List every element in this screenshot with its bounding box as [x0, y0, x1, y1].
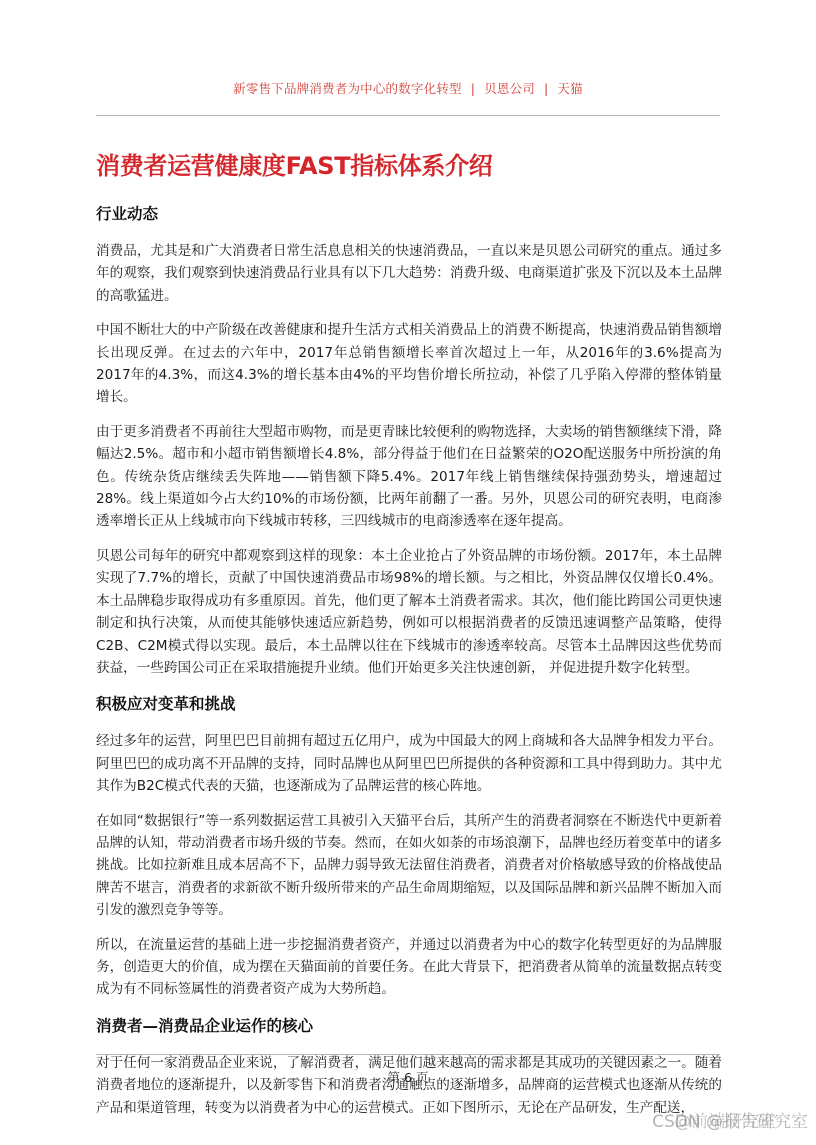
paragraph: 所以，在流量运营的基础上进一步挖掘消费者资产，并通过以消费者为中心的数字化转型更… — [96, 934, 722, 1001]
paragraph: 贝恩公司每年的研究中都观察到这样的现象：本土企业抢占了外资品牌的市场份额。201… — [96, 545, 722, 679]
section-heading-consumer-core: 消费者—消费品企业运作的核心 — [96, 1015, 722, 1037]
paragraph: 中国不断壮大的中产阶级在改善健康和提升生活方式相关消费品上的消费不断提高，快速消… — [96, 319, 722, 409]
paragraph: 消费品，尤其是和广大消费者日常生活息息相关的快速消费品，一直以来是贝恩公司研究的… — [96, 240, 722, 307]
paragraph: 由于更多消费者不再前往大型超市购物，而是更青睐比较便利的购物选择，大卖场的销售额… — [96, 421, 722, 533]
watermark-ghost-text: @前端研究室 — [674, 1107, 776, 1132]
header-separator: | — [544, 81, 548, 96]
header-divider — [96, 115, 720, 116]
page-title: 消费者运营健康度FAST指标体系介绍 — [96, 148, 722, 184]
running-header: 新零售下品牌消费者为中心的数字化转型|贝恩公司|天猫 — [0, 79, 816, 97]
header-partner: 天猫 — [557, 81, 582, 96]
section-heading-industry-trends: 行业动态 — [96, 203, 722, 225]
paragraph: 经过多年的运营，阿里巴巴目前拥有超过五亿用户，成为中国最大的网上商城和各大品牌争… — [96, 730, 722, 797]
watermark: CSDN @报告研究室 @前端研究室 — [652, 1107, 808, 1132]
page-number: 第 6 页 — [0, 1068, 816, 1086]
footer-divider — [96, 1054, 720, 1055]
header-report-title: 新零售下品牌消费者为中心的数字化转型 — [233, 81, 462, 96]
section-heading-respond-to-change: 积极应对变革和挑战 — [96, 693, 722, 715]
paragraph: 在如同“数据银行”等一系列数据运营工具被引入天猫平台后，其所产生的消费者洞察在不… — [96, 810, 722, 922]
header-company: 贝恩公司 — [484, 81, 535, 96]
header-separator: | — [471, 81, 475, 96]
document-body: 消费者运营健康度FAST指标体系介绍 行业动态 消费品，尤其是和广大消费者日常生… — [96, 148, 722, 1119]
